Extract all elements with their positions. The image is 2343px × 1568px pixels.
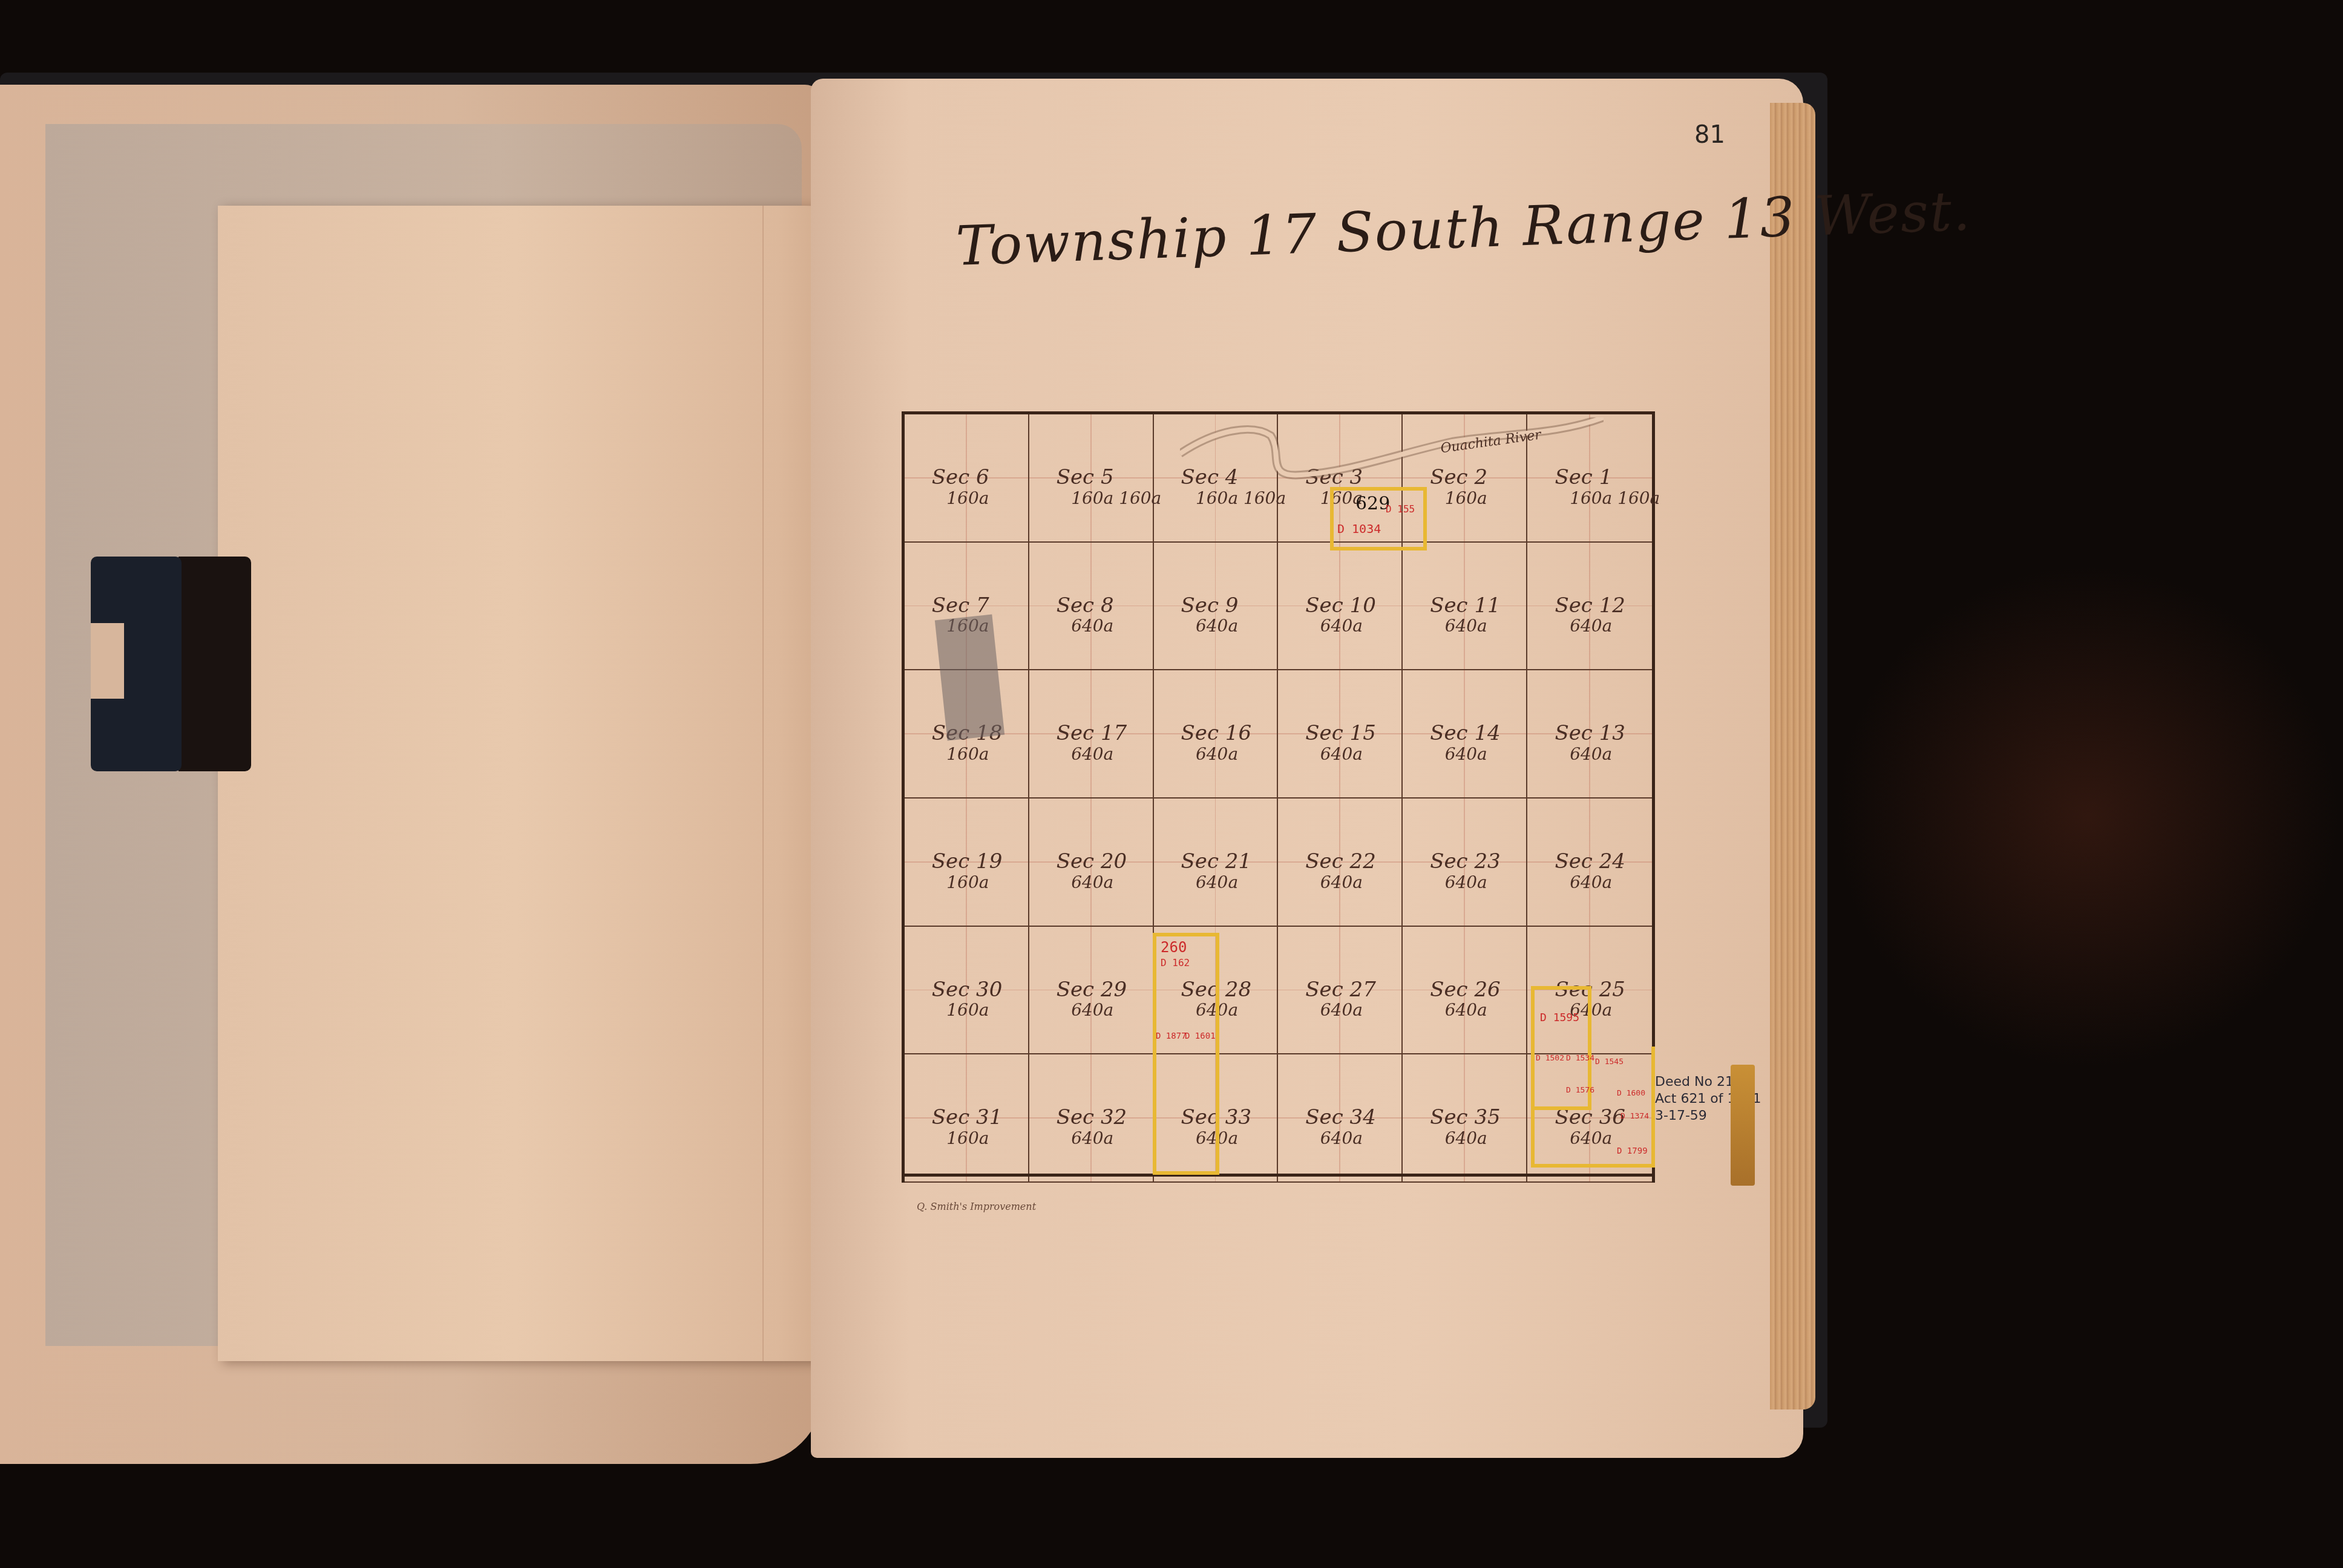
map-section: Sec 8640a [1029,543,1154,671]
section-label: Sec 6 [932,465,989,489]
annotation-sec28-red: D 162 [1161,957,1190,969]
section-label: Sec 16 [1181,721,1251,745]
annotation-sec2-red: D 155 [1386,503,1415,515]
section-label: Sec 14 [1430,721,1501,745]
section-acreage: 640a [1320,616,1363,636]
annotation-sec36-2: D 1534 [1566,1054,1594,1063]
section-acreage: 640a [1445,1000,1487,1020]
map-section: Sec 22640a [1278,799,1403,927]
map-section: Sec 29640a [1029,927,1154,1055]
map-section: Sec 6160a [905,414,1029,543]
section-acreage: 640a [1320,872,1363,892]
section-acreage: 160a [1445,488,1487,508]
section-acreage: 640a [1445,872,1487,892]
section-acreage: 640a [1196,872,1238,892]
map-section: Sec 14640a [1403,670,1527,799]
section-acreage: 640a [1320,744,1363,764]
section-acreage: 640a [1570,616,1612,636]
annotation-sec36-6: D 1600 [1617,1089,1645,1098]
section-label: Sec 19 [932,849,1003,874]
section-label: Sec 29 [1057,978,1127,1002]
map-section: Sec 5160a 160a [1029,414,1154,543]
book-weight-block [91,557,251,771]
annotation-sec28-lower-right: D 1601 [1185,1031,1216,1041]
annotation-sec36-5: D 1576 [1566,1086,1594,1095]
section-label: Sec 30 [932,978,1003,1002]
section-label: Sec 13 [1555,721,1625,745]
section-label: Sec 11 [1430,593,1501,618]
page-edges [1770,103,1815,1410]
annotation-sec36-9: D 1799 [1617,1146,1648,1156]
section-acreage: 640a [1570,872,1612,892]
annotation-sec28-lower-left: D 1877 [1156,1031,1187,1041]
section-acreage: 640a [1071,1128,1113,1148]
map-section: Sec 10640a [1278,543,1403,671]
section-label: Sec 32 [1057,1105,1127,1129]
section-acreage: 160a [946,872,989,892]
section-acreage: 160a 160a [1071,488,1161,508]
map-section: Sec 9640a [1154,543,1279,671]
map-section: Sec 19160a [905,799,1029,927]
map-section: Sec 27640a [1278,927,1403,1055]
section-acreage: 640a [1570,744,1612,764]
annotation-sec3-red: D 1034 [1337,521,1381,536]
section-acreage: 160a [946,744,989,764]
below-map-note: Q. Smith's Improvement [917,1201,1036,1212]
map-section: Sec 34640a [1278,1054,1403,1183]
section-label: Sec 23 [1430,849,1501,874]
section-acreage: 640a [1071,744,1113,764]
section-acreage: 640a [1445,1128,1487,1148]
fold-crease [762,206,764,1361]
section-acreage: 640a [1445,744,1487,764]
map-section: Sec 30160a [905,927,1029,1055]
section-label: Sec 12 [1555,593,1625,618]
section-acreage: 640a [1071,616,1113,636]
map-section: Sec 11640a [1403,543,1527,671]
photo-scene: 81 Township 17 South Range 13 West. Sec … [0,0,2343,1568]
annotation-sec28-value: 260 [1161,939,1187,956]
map-section: Sec 23640a [1403,799,1527,927]
section-acreage: 640a [1445,616,1487,636]
map-section: Sec 21640a [1154,799,1279,927]
annotation-sec36-8: D 1374 [1620,1112,1649,1121]
section-label: Sec 35 [1430,1105,1501,1129]
annotation-sec36-1: D 1502 [1536,1054,1564,1063]
parcel-highlight-sec28-33 [1153,933,1219,1175]
section-label: Sec 9 [1181,593,1238,618]
section-acreage: 640a [1320,1000,1363,1020]
background-glow [1815,544,2343,1089]
section-label: Sec 5 [1057,465,1114,489]
folded-overlay-sheet [218,206,877,1361]
section-acreage: 160a 160a [1570,488,1660,508]
map-section: Sec 15640a [1278,670,1403,799]
map-section: Sec 35640a [1403,1054,1527,1183]
map-section: Sec 20640a [1029,799,1154,927]
page-tab-strip [1731,1065,1755,1186]
map-section: Sec 17640a [1029,670,1154,799]
map-section: Sec 31160a [905,1054,1029,1183]
map-section: Sec 32640a [1029,1054,1154,1183]
map-section: Sec 16640a [1154,670,1279,799]
page-number: 81 [1694,121,1725,149]
section-acreage: 640a [1196,744,1238,764]
section-label: Sec 34 [1305,1105,1376,1129]
section-label: Sec 26 [1430,978,1501,1002]
section-label: Sec 24 [1555,849,1625,874]
section-label: Sec 31 [932,1105,1003,1129]
section-acreage: 640a [1071,1000,1113,1020]
section-acreage: 160a [946,1128,989,1148]
section-label: Sec 22 [1305,849,1376,874]
section-label: Sec 17 [1057,721,1127,745]
map-bottom-border [902,1174,1655,1177]
section-label: Sec 20 [1057,849,1127,874]
section-acreage: 640a [1320,1128,1363,1148]
map-section: Sec 26640a [1403,927,1527,1055]
map-section: Sec 12640a [1527,543,1652,671]
section-label: Sec 10 [1305,593,1376,618]
map-section: Sec 13640a [1527,670,1652,799]
section-acreage: 640a [1071,872,1113,892]
section-acreage: 160a 160a [1196,488,1286,508]
section-label: Sec 15 [1305,721,1376,745]
section-acreage: 160a [946,1000,989,1020]
section-acreage: 160a [946,488,989,508]
map-section: Sec 24640a [1527,799,1652,927]
section-label: Sec 8 [1057,593,1114,618]
annotation-sec25-red: D 1595 [1540,1011,1579,1024]
section-label: Sec 7 [932,593,989,618]
section-label: Sec 27 [1305,978,1376,1002]
annotation-sec3: 629 [1355,493,1390,514]
annotation-sec36-3: D 1545 [1595,1057,1624,1067]
section-label: Sec 21 [1181,849,1251,874]
section-acreage: 640a [1196,616,1238,636]
